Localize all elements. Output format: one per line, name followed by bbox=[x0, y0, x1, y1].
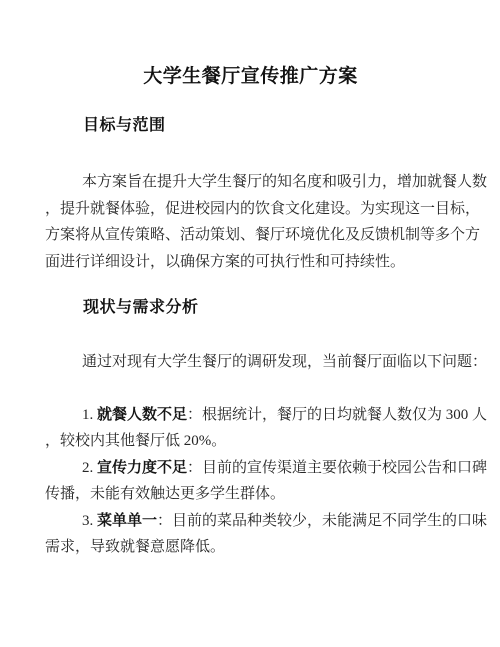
paragraph-line: 方案将从宣传策略、活动策划、餐厅环境优化及反馈机制等多个方 bbox=[45, 222, 456, 249]
issue-line: 3. 菜单单一：目前的菜品种类较少，未能满足不同学生的口味 bbox=[45, 508, 456, 535]
issue-line: 2. 宣传力度不足：目前的宣传渠道主要依赖于校园公告和口碑 bbox=[45, 455, 456, 482]
document-title: 大学生餐厅宣传推广方案 bbox=[45, 64, 456, 90]
paragraph-line: 通过对现有大学生餐厅的调研发现，当前餐厅面临以下问题： bbox=[45, 349, 456, 376]
overview-paragraph: 本方案旨在提升大学生餐厅的知名度和吸引力，增加就餐人数 ，提升就餐体验，促进校园… bbox=[45, 169, 456, 275]
document-page: 大学生餐厅宣传推广方案 目标与范围 本方案旨在提升大学生餐厅的知名度和吸引力，增… bbox=[0, 0, 500, 647]
issue-number: 1. bbox=[82, 407, 97, 423]
issue-line: 1. 就餐人数不足：根据统计，餐厅的日均就餐人数仅为 300 人 bbox=[45, 402, 456, 429]
issue-line: 需求，导致就餐意愿降低。 bbox=[45, 534, 456, 561]
issue-line: ，较校内其他餐厅低 20%。 bbox=[45, 428, 456, 455]
paragraph-line: 面进行详细设计，以确保方案的可执行性和可持续性。 bbox=[45, 249, 456, 276]
issue-label: 就餐人数不足 bbox=[97, 407, 187, 423]
issue-text: ：目前的宣传渠道主要依赖于校园公告和口碑 bbox=[187, 460, 487, 476]
issue-item-3: 3. 菜单单一：目前的菜品种类较少，未能满足不同学生的口味 需求，导致就餐意愿降… bbox=[45, 508, 456, 561]
issue-number: 3. bbox=[82, 513, 97, 529]
paragraph-line: 本方案旨在提升大学生餐厅的知名度和吸引力，增加就餐人数 bbox=[45, 169, 456, 196]
issue-text: ：根据统计，餐厅的日均就餐人数仅为 300 人 bbox=[187, 407, 487, 423]
section-heading-status-needs-analysis: 现状与需求分析 bbox=[83, 295, 456, 321]
issue-label: 宣传力度不足 bbox=[97, 460, 187, 476]
paragraph-line: ，提升就餐体验，促进校园内的饮食文化建设。为实现这一目标， bbox=[45, 196, 456, 223]
issue-list: 1. 就餐人数不足：根据统计，餐厅的日均就餐人数仅为 300 人 ，较校内其他餐… bbox=[45, 402, 456, 561]
issue-line: 传播，未能有效触达更多学生群体。 bbox=[45, 481, 456, 508]
issue-item-1: 1. 就餐人数不足：根据统计，餐厅的日均就餐人数仅为 300 人 ，较校内其他餐… bbox=[45, 402, 456, 455]
issue-text: ：目前的菜品种类较少，未能满足不同学生的口味 bbox=[157, 513, 487, 529]
issue-item-2: 2. 宣传力度不足：目前的宣传渠道主要依赖于校园公告和口碑 传播，未能有效触达更… bbox=[45, 455, 456, 508]
section-heading-goals-scope: 目标与范围 bbox=[83, 113, 456, 139]
analysis-intro-paragraph: 通过对现有大学生餐厅的调研发现，当前餐厅面临以下问题： bbox=[45, 349, 456, 376]
issue-number: 2. bbox=[82, 460, 97, 476]
issue-label: 菜单单一 bbox=[97, 513, 157, 529]
